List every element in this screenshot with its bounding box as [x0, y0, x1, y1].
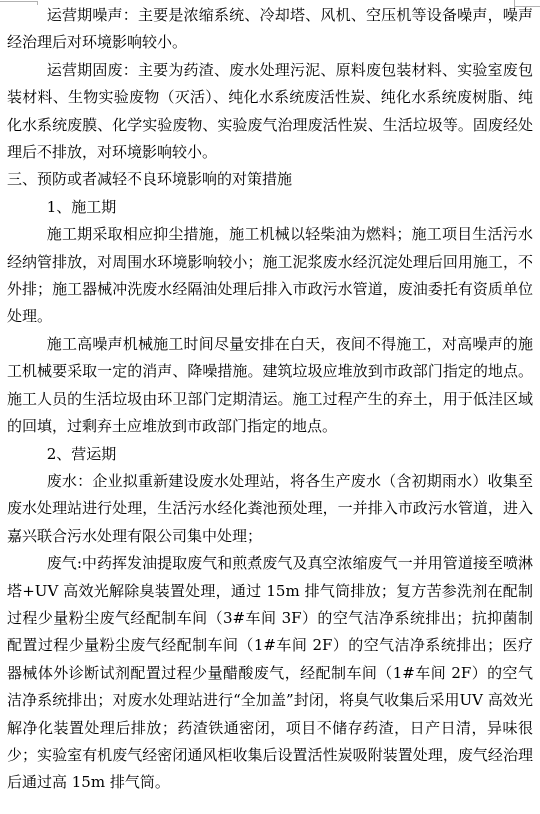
paragraph-operation-solid-waste: 运营期固废：主要为药渣、废水处理污泥、原料废包装材料、实验室废包装材料、生物实验… [7, 57, 533, 167]
subheading-construction-period: 1、施工期 [7, 194, 533, 221]
paragraph-construction-noise-waste: 施工高噪声机械施工时间尽量安排在白天，夜间不得施工，对高噪声的施工机械要采取一定… [7, 331, 533, 441]
paragraph-operation-noise: 运营期噪声：主要是浓缩系统、冷却塔、风机、空压机等设备噪声，噪声经治理后对环境影… [7, 2, 533, 57]
paragraph-wastewater-treatment: 废水：企业拟重新建设废水处理站，将各生产废水（含初期雨水）收集至废水处理站进行处… [7, 468, 533, 550]
subheading-operation-period: 2、营运期 [7, 441, 533, 468]
paragraph-construction-measures: 施工期采取相应抑尘措施，施工机械以轻柴油为燃料；施工项目生活污水经纳管排放，对周… [7, 221, 533, 331]
paragraph-waste-gas-treatment: 废气:中药挥发油提取废气和煎煮废气及真空浓缩废气一并用管道接至喷淋塔+UV 高效… [7, 550, 533, 797]
section-heading-prevention-measures: 三、预防或者减轻不良环境影响的对策措施 [7, 166, 533, 193]
document-page: 运营期噪声：主要是浓缩系统、冷却塔、风机、空压机等设备噪声，噪声经治理后对环境影… [7, 2, 533, 797]
